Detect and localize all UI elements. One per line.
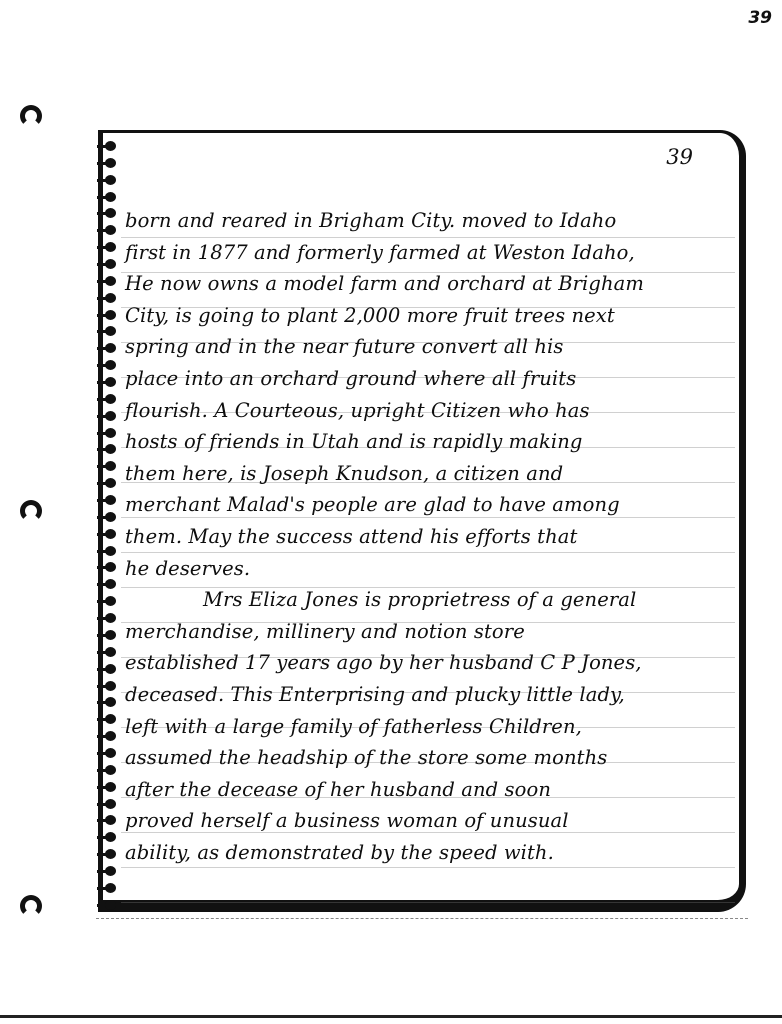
handwritten-line: proved herself a business woman of unusu… [125,805,743,837]
spiral-coil-icon [97,647,117,658]
spiral-coil-icon [97,208,117,219]
handwritten-line: ability, as demonstrated by the speed wi… [125,837,743,869]
scanned-page: 39 39 born and reared in Brigham City. m… [0,0,782,1024]
spiral-coil-icon [97,310,117,321]
spiral-coil-icon [97,613,117,624]
handwritten-line: He now owns a model farm and orchard at … [125,268,743,300]
spiral-coil-icon [97,529,117,540]
spiral-coil-icon [97,259,117,270]
spiral-coil-icon [97,495,117,506]
handwritten-line: flourish. A Courteous, upright Citizen w… [125,395,743,427]
handwritten-line: first in 1877 and formerly farmed at Wes… [125,237,743,269]
spiral-coil-icon [97,225,117,236]
handwritten-line: hosts of friends in Utah and is rapidly … [125,426,743,458]
notebook-page: 39 born and reared in Brigham City. move… [98,130,746,912]
spiral-coil-icon [97,579,117,590]
spiral-coil-icon [97,428,117,439]
spiral-coil-icon [97,782,117,793]
spiral-coil-icon [97,141,117,152]
spiral-coil-icon [97,681,117,692]
spiral-coil-icon [97,664,117,675]
handwritten-line: established 17 years ago by her husband … [125,647,743,679]
spiral-coil-icon [97,748,117,759]
handwritten-line: merchandise, millinery and notion store [125,616,743,648]
handwritten-line: place into an orchard ground where all f… [125,363,743,395]
handwritten-line: them here, is Joseph Knudson, a citizen … [125,458,743,490]
spiral-coil-icon [97,714,117,725]
page-edge-shadow [96,918,748,919]
spiral-coil-icon [97,444,117,455]
handwritten-line: born and reared in Brigham City. moved t… [125,205,743,237]
spiral-coil-icon [97,411,117,422]
outer-page-number: 39 [748,8,772,28]
spiral-coil-icon [97,562,117,573]
binder-hole-icon [20,105,42,127]
spiral-coil-icon [97,900,117,911]
spiral-coil-icon [97,765,117,776]
spiral-coil-icon [97,276,117,287]
spiral-coil-icon [97,360,117,371]
spiral-coil-icon [97,192,117,203]
spiral-coil-icon [97,596,117,607]
spiral-coil-icon [97,343,117,354]
handwritten-line: deceased. This Enterprising and plucky l… [125,679,743,711]
spiral-binding-icon [97,141,117,911]
spiral-coil-icon [97,815,117,826]
spiral-coil-icon [97,175,117,186]
spiral-coil-icon [97,832,117,843]
handwritten-line: assumed the headship of the store some m… [125,742,743,774]
spiral-coil-icon [97,478,117,489]
handwritten-line: City, is going to plant 2,000 more fruit… [125,300,743,332]
handwritten-text: born and reared in Brigham City. moved t… [125,205,743,868]
handwritten-line: after the decease of her husband and soo… [125,774,743,806]
spiral-coil-icon [97,630,117,641]
spiral-coil-icon [97,461,117,472]
spiral-coil-icon [97,293,117,304]
scan-bottom-edge [0,1015,782,1018]
spiral-coil-icon [97,799,117,810]
handwritten-line: spring and in the near future convert al… [125,331,743,363]
spiral-coil-icon [97,394,117,405]
spiral-coil-icon [97,242,117,253]
spiral-coil-icon [97,512,117,523]
inner-page-number: 39 [666,145,693,169]
spiral-coil-icon [97,158,117,169]
binder-hole-icon [20,895,42,917]
spiral-coil-icon [97,866,117,877]
handwritten-line: Mrs Eliza Jones is proprietress of a gen… [125,584,743,616]
binder-hole-icon [20,500,42,522]
spiral-coil-icon [97,849,117,860]
spiral-coil-icon [97,883,117,894]
spiral-coil-icon [97,731,117,742]
handwritten-line: merchant Malad's people are glad to have… [125,489,743,521]
handwritten-line: he deserves. [125,553,743,585]
spiral-coil-icon [97,697,117,708]
handwritten-line: them. May the success attend his efforts… [125,521,743,553]
spiral-coil-icon [97,326,117,337]
spiral-coil-icon [97,546,117,557]
handwritten-line: left with a large family of fatherless C… [125,711,743,743]
spiral-coil-icon [97,377,117,388]
